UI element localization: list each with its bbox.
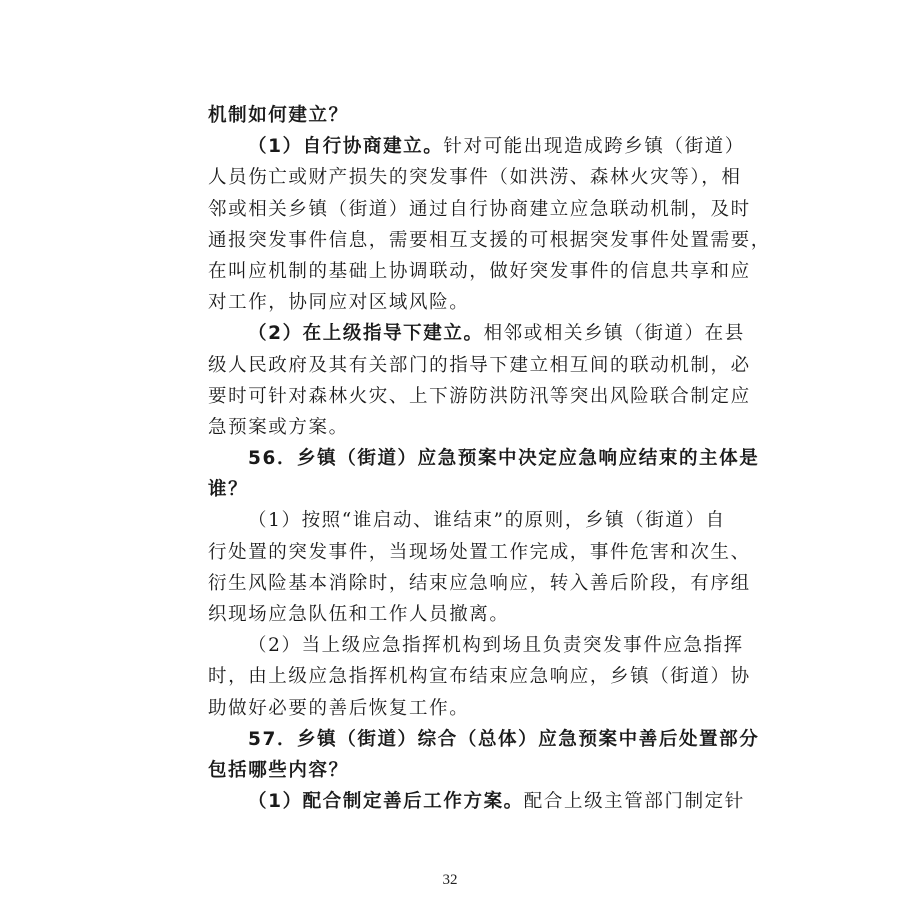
body-text: 人员伤亡或财产损失的突发事件（如洪涝、森林火灾等），相 (208, 167, 741, 188)
body-text: 相邻或相关乡镇（街道）在县 (484, 323, 745, 344)
bold-heading-text: 57．乡镇（街道）综合（总体）应急预案中善后处置部分 (248, 729, 759, 750)
bold-heading-text: 谁？ (208, 479, 248, 500)
text-line: 急预案或方案。 (208, 412, 694, 443)
text-line: 对工作，协同应对区域风险。 (208, 287, 694, 318)
body-text: 在叫应机制的基础上协调联动，做好突发事件的信息共享和应 (208, 261, 751, 282)
text-line: 织现场应急队伍和工作人员撤离。 (208, 599, 694, 630)
body-text: 通报突发事件信息，需要相互支援的可根据突发事件处置需要， (208, 230, 771, 251)
text-line: 要时可针对森林火灾、上下游防洪防汛等突出风险联合制定应 (208, 381, 694, 412)
body-text: 急预案或方案。 (208, 417, 349, 438)
page-number: 32 (0, 872, 900, 889)
body-text: 助做好必要的善后恢复工作。 (208, 698, 469, 719)
body-text: 级人民政府及其有关部门的指导下建立相互间的联动机制，必 (208, 355, 751, 376)
text-line: 助做好必要的善后恢复工作。 (208, 693, 694, 724)
text-line: （1）自行协商建立。针对可能出现造成跨乡镇（街道） (208, 131, 694, 162)
body-text: （1）按照“谁启动、谁结束”的原则，乡镇（街道）自 (248, 510, 726, 531)
body-text: 时，由上级应急指挥机构宣布结束应急响应，乡镇（街道）协 (208, 666, 751, 687)
text-line: 级人民政府及其有关部门的指导下建立相互间的联动机制，必 (208, 350, 694, 381)
text-line: 包括哪些内容？ (208, 755, 694, 786)
text-line: 时，由上级应急指挥机构宣布结束应急响应，乡镇（街道）协 (208, 661, 694, 692)
text-line: 56．乡镇（街道）应急预案中决定应急响应结束的主体是 (208, 443, 694, 474)
bold-heading-text: （2）在上级指导下建立。 (248, 323, 484, 344)
text-line: 谁？ (208, 474, 694, 505)
bold-heading-text: 机制如何建立？ (208, 105, 349, 126)
text-line: 在叫应机制的基础上协调联动，做好突发事件的信息共享和应 (208, 256, 694, 287)
text-line: （2）当上级应急指挥机构到场且负责突发事件应急指挥 (208, 630, 694, 661)
body-text: 要时可针对森林火灾、上下游防洪防汛等突出风险联合制定应 (208, 386, 751, 407)
body-text: 织现场应急队伍和工作人员撤离。 (208, 604, 510, 625)
bold-heading-text: 56．乡镇（街道）应急预案中决定应急响应结束的主体是 (248, 448, 759, 469)
body-text: 邻或相关乡镇（街道）通过自行协商建立应急联动机制，及时 (208, 199, 751, 220)
bold-heading-text: （1）配合制定善后工作方案。 (248, 791, 524, 812)
body-text: 衍生风险基本消除时，结束应急响应，转入善后阶段，有序组 (208, 573, 751, 594)
body-text: 针对可能出现造成跨乡镇（街道） (443, 136, 745, 157)
document-page-body: 机制如何建立？（1）自行协商建立。针对可能出现造成跨乡镇（街道）人员伤亡或财产损… (208, 100, 694, 817)
body-text: 行处置的突发事件，当现场处置工作完成，事件危害和次生、 (208, 542, 751, 563)
text-line: （1）按照“谁启动、谁结束”的原则，乡镇（街道）自 (208, 505, 694, 536)
text-line: （1）配合制定善后工作方案。配合上级主管部门制定针 (208, 786, 694, 817)
body-text: 配合上级主管部门制定针 (524, 791, 745, 812)
text-line: 机制如何建立？ (208, 100, 694, 131)
text-line: （2）在上级指导下建立。相邻或相关乡镇（街道）在县 (208, 318, 694, 349)
text-line: 人员伤亡或财产损失的突发事件（如洪涝、森林火灾等），相 (208, 162, 694, 193)
text-line: 57．乡镇（街道）综合（总体）应急预案中善后处置部分 (208, 724, 694, 755)
body-text: 对工作，协同应对区域风险。 (208, 292, 469, 313)
text-line: 邻或相关乡镇（街道）通过自行协商建立应急联动机制，及时 (208, 194, 694, 225)
text-line: 通报突发事件信息，需要相互支援的可根据突发事件处置需要， (208, 225, 694, 256)
body-text: （2）当上级应急指挥机构到场且负责突发事件应急指挥 (248, 635, 744, 656)
bold-heading-text: 包括哪些内容？ (208, 760, 349, 781)
bold-heading-text: （1）自行协商建立。 (248, 136, 443, 157)
text-line: 行处置的突发事件，当现场处置工作完成，事件危害和次生、 (208, 537, 694, 568)
text-line: 衍生风险基本消除时，结束应急响应，转入善后阶段，有序组 (208, 568, 694, 599)
